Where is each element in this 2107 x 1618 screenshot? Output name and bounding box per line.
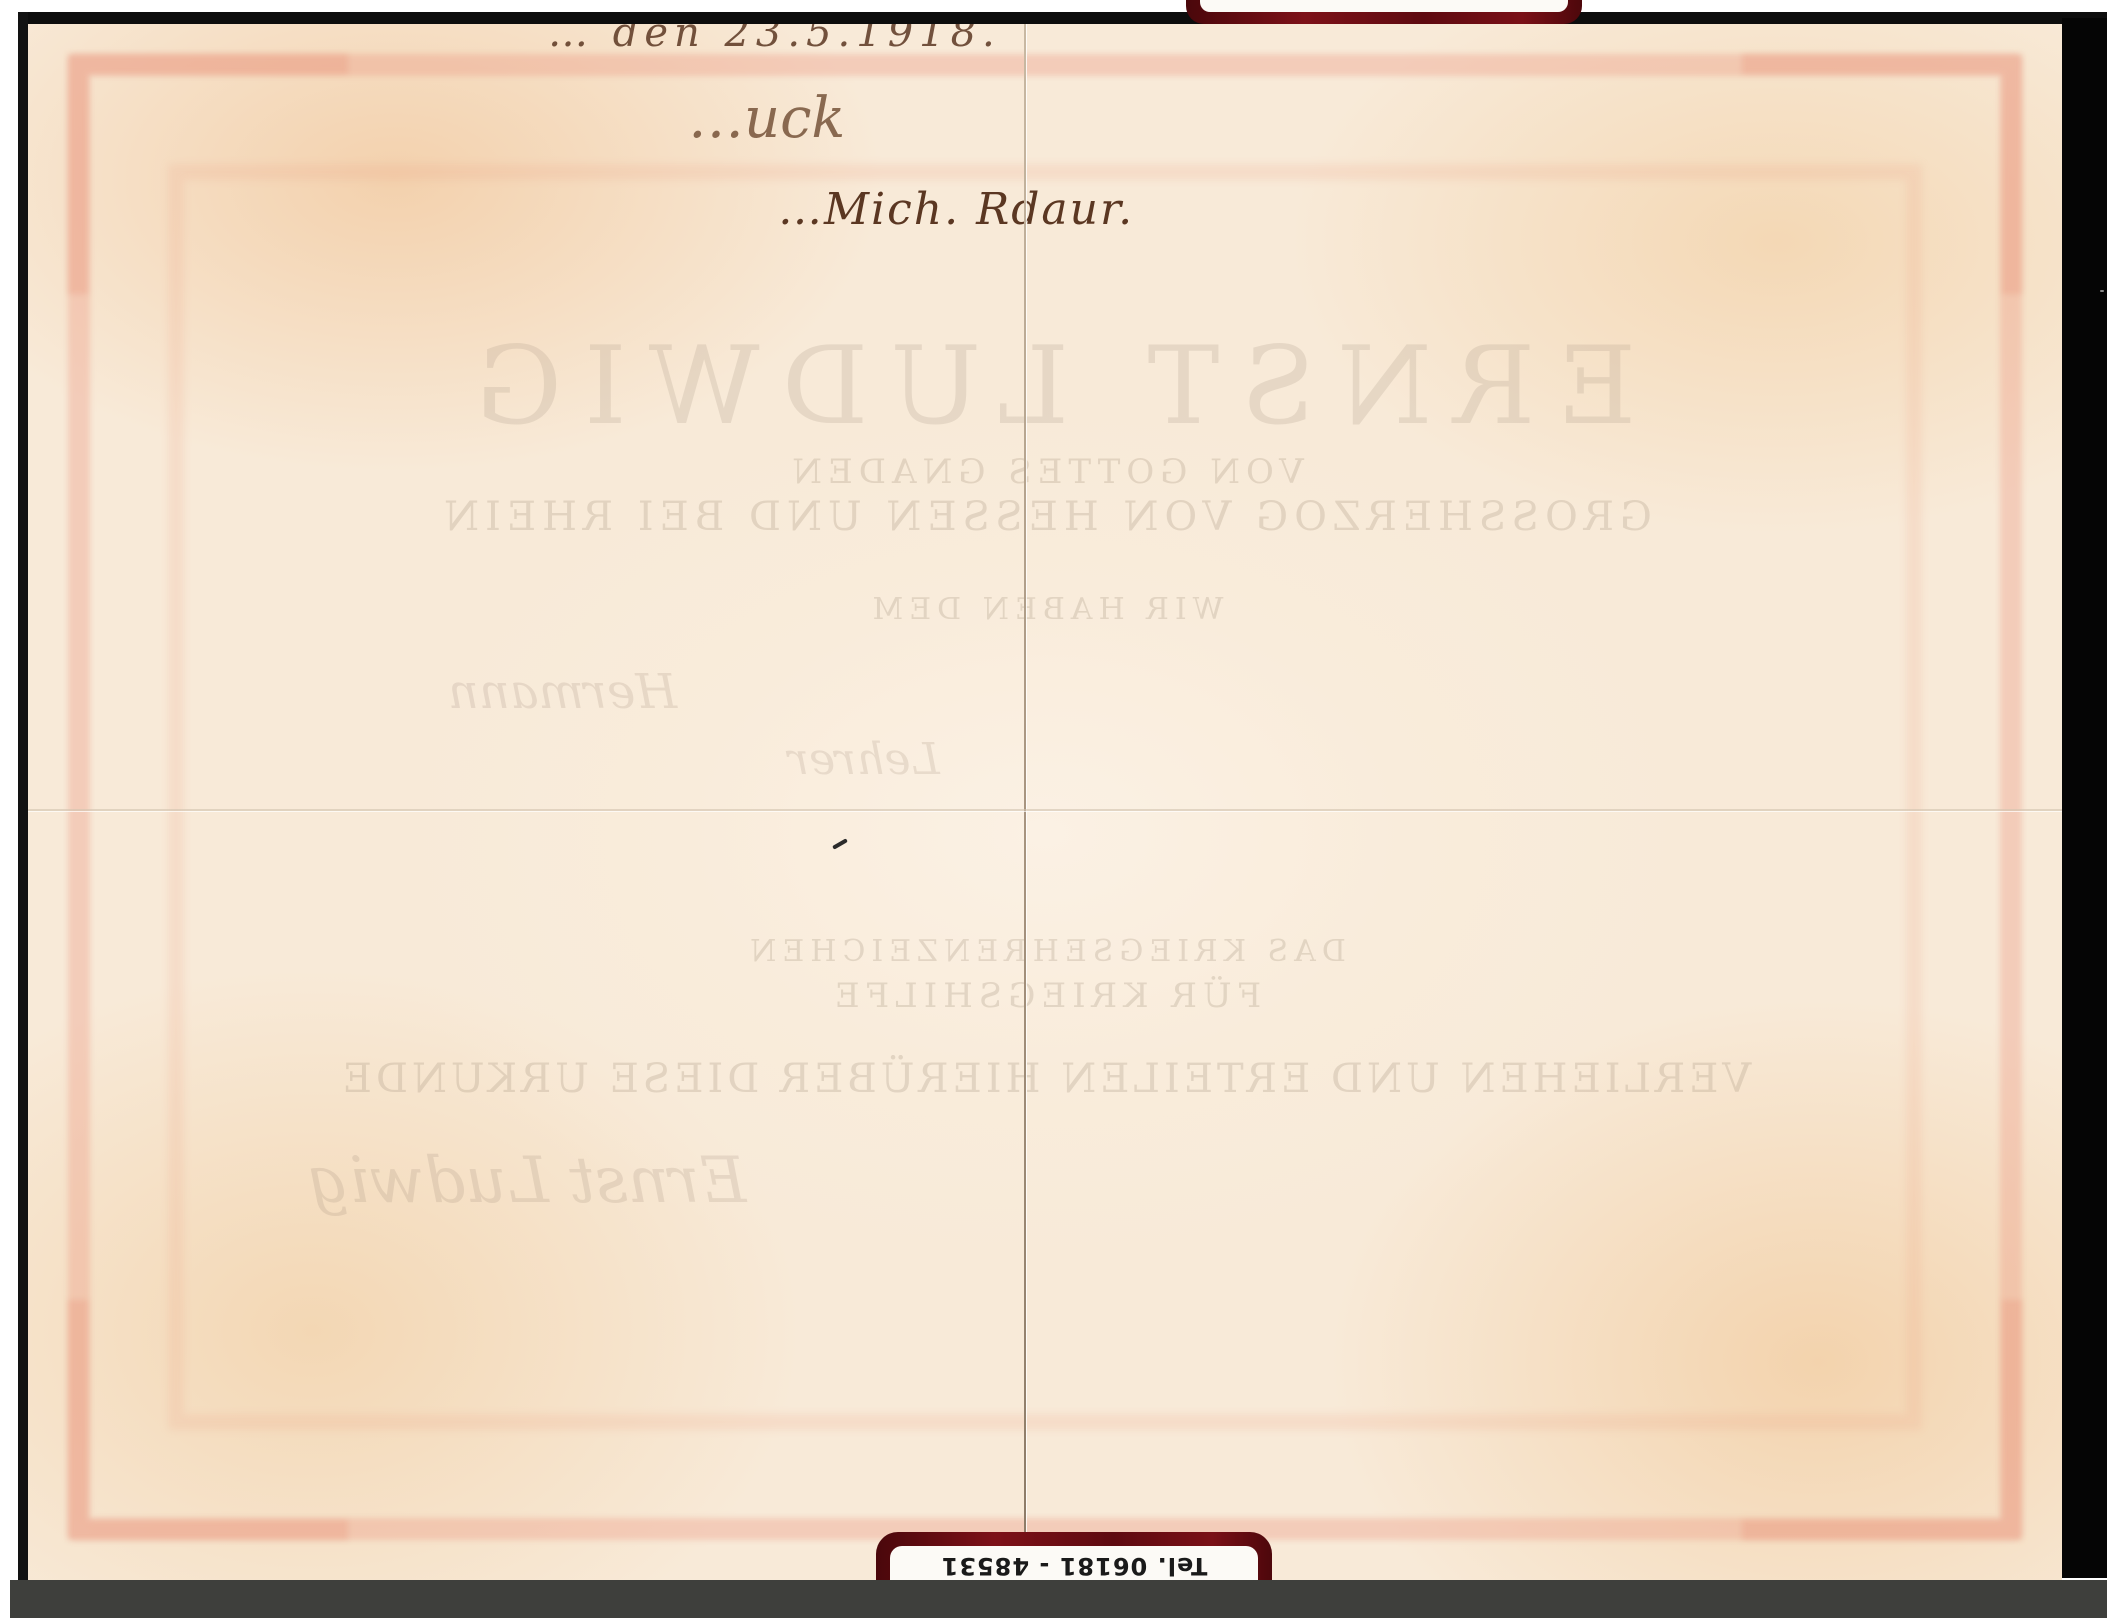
dust-speck: [2100, 290, 2104, 292]
scanner-border-right: [2062, 18, 2107, 1578]
showthrough-line: DAS KRIEGSEHRENZEICHEN: [28, 934, 2062, 969]
frame-corner-bottom-left: [68, 1300, 348, 1540]
showthrough-line: VERLIEHEN UND ERTEILEN HIERÜBER DIESE UR…: [28, 1056, 2062, 1102]
showthrough-line: VON GOTTES GNADEN: [28, 452, 2062, 492]
frame-corner-top-right: [1742, 54, 2022, 294]
scanner-bottom-strip: [10, 1580, 2107, 1618]
scanner-border-left: [18, 12, 28, 1592]
fold-line-vertical: [1024, 24, 1026, 1580]
scanned-document: ERNST LUDWIG VON GOTTES GNADEN GROSSHERZ…: [0, 0, 2107, 1618]
ghost-signature: Ernst Ludwig: [308, 1144, 746, 1218]
phone-number-label: Tel. 06181 - 48531: [890, 1552, 1258, 1580]
bottom-label: Tel. 06181 - 48531: [876, 1532, 1272, 1580]
handwritten-word: …uck: [688, 86, 845, 151]
handwritten-date: … den 23.5.1918.: [548, 24, 1001, 56]
top-label-inner: [1200, 0, 1568, 12]
handwritten-signature: …Mich. Rdaur.: [778, 184, 1134, 235]
certificate-paper: ERNST LUDWIG VON GOTTES GNADEN GROSSHERZ…: [28, 24, 2062, 1580]
showthrough-line: FÜR KRIEGSHILFE: [28, 976, 2062, 1016]
scanner-border-top: [18, 12, 2107, 24]
frame-corner-bottom-right: [1742, 1300, 2022, 1540]
showthrough-line: GROSSHERZOG VON HESSEN UND BEI RHEIN: [28, 494, 2062, 540]
bottom-label-inner: Tel. 06181 - 48531: [890, 1546, 1258, 1580]
showthrough-title: ERNST LUDWIG: [28, 324, 2062, 449]
fold-line-horizontal: [28, 809, 2062, 811]
ghost-handwriting: Lehrer: [788, 734, 940, 785]
ghost-handwriting: Hermann: [448, 664, 677, 720]
frame-corner-top-left: [68, 54, 348, 294]
showthrough-line: WIR HABEN DEM: [28, 592, 2062, 627]
top-label: [1186, 0, 1582, 24]
